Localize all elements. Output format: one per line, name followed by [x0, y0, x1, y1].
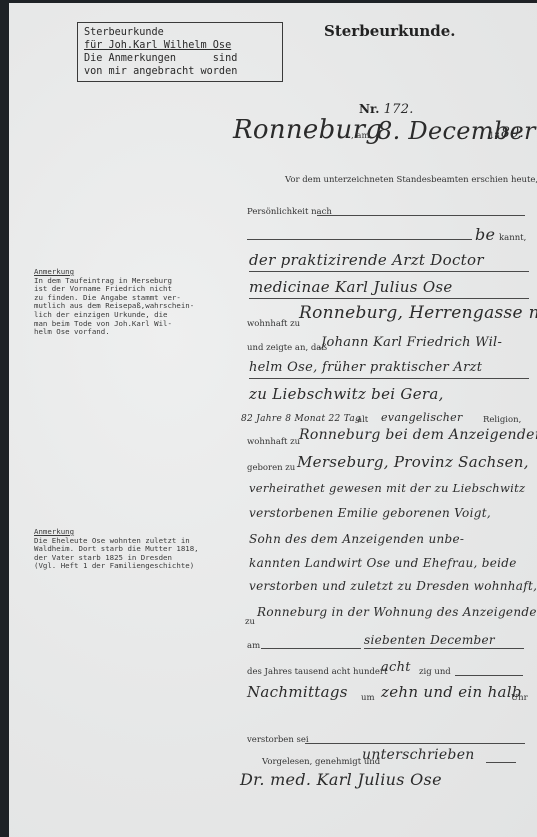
detail-line-5: verstorben und zuletzt zu Dresden wohnha… [249, 579, 537, 593]
detail-line-3: Sohn des dem Anzeigenden unbe- [249, 532, 464, 546]
wohnhaft-label: wohnhaft zu [247, 319, 300, 329]
detail-line-2: verstorbenen Emilie geborenen Voigt, [249, 506, 491, 520]
deceased-line-2: helm Ose, früher praktischer Arzt [249, 360, 482, 375]
rule [249, 271, 529, 272]
blank-line [261, 648, 361, 649]
detail-line-4: kannten Landwirt Ose und Ehefrau, beide [249, 556, 517, 570]
jahres-handwritten: acht [381, 660, 411, 675]
signature-informant: Dr. med. Karl Julius Ose [240, 770, 442, 789]
note-1-line: helm Ose vorfand. [34, 327, 110, 336]
religion-handwritten: evangelischer [381, 411, 463, 424]
death-place: Ronneburg in der Wohnung des Anzeigenden [257, 605, 537, 619]
year-prefix: 18 [489, 131, 500, 141]
informant-line-1: der praktizirende Arzt Doctor [249, 251, 484, 269]
stamp-line-2: für Joh.Karl Wilhelm Ose [84, 39, 277, 52]
deceased-line-3: zu Liebschwitz bei Gera, [249, 385, 444, 403]
blank-line [486, 762, 516, 763]
jahres-label: des Jahres tausend acht hundert [247, 667, 387, 677]
nr-label: Nr. [359, 102, 379, 116]
bekannt-handwritten: be [475, 225, 495, 244]
annotation-note-2: Anmerkung Die Eheleute Ose wohnten zulet… [34, 528, 199, 571]
zig-label: zig und [419, 667, 451, 677]
bekannt-label: kannt, [499, 233, 526, 243]
annotation-note-1: Anmerkung In dem Taufeintrag in Mersebur… [34, 268, 194, 337]
rule [249, 298, 529, 299]
wohnhaft2-label: wohnhaft zu [247, 437, 300, 447]
informant-line-2: medicinae Karl Julius Ose [249, 278, 453, 296]
blank-line [247, 239, 472, 240]
intro-text: Vor dem unterzeichneten Standesbeamten e… [285, 175, 537, 185]
geboren-label: geboren zu [247, 463, 295, 473]
religion-label: Religion, [483, 415, 521, 425]
document-page: Sterbeurkunde für Joh.Karl Wilhelm Ose D… [9, 3, 537, 837]
verstorben-label: verstorben sei [247, 735, 309, 745]
uhr-label: Uhr [511, 693, 528, 703]
year-suffix: 80. [501, 125, 524, 141]
stamp-line-3: Die Anmerkungen sind [84, 52, 277, 65]
note-2-line: (Vgl. Heft 1 der Familiengeschichte) [34, 561, 194, 570]
deceased-line-1: Johann Karl Friedrich Wil- [321, 335, 502, 350]
nr-value: 172. [384, 102, 414, 117]
stamp-line-4: von mir angebracht worden [84, 65, 277, 78]
am2-label: am [247, 641, 260, 651]
wohnhaft2-value: Ronneburg bei dem Anzeigenden, [299, 427, 537, 443]
um-label: um [361, 693, 375, 703]
am-label: , am [351, 131, 370, 141]
typed-stamp-box: Sterbeurkunde für Joh.Karl Wilhelm Ose D… [77, 22, 283, 82]
detail-line-1: verheirathet gewesen mit der zu Liebschw… [249, 481, 525, 495]
document-title: Sterbeurkunde. [324, 22, 456, 40]
rule [249, 378, 529, 379]
geboren-value: Merseburg, Provinz Sachsen, [297, 453, 529, 471]
rule [364, 648, 524, 649]
time-handwritten-2: zehn und ein halb [381, 683, 522, 701]
zu-label: zu [245, 617, 255, 627]
time-handwritten-1: Nachmittags [247, 683, 348, 701]
stamp-line-1: Sterbeurkunde [84, 26, 277, 39]
blank-line [317, 215, 525, 216]
blank-line [455, 675, 523, 676]
age-label: alt [357, 415, 368, 425]
wohnhaft-value: Ronneburg, Herrengasse no. 14, [299, 303, 537, 323]
blank-line [305, 743, 525, 744]
death-date: siebenten December [364, 633, 495, 647]
vorgelesen-handwritten: unterschrieben [362, 747, 475, 763]
age-handwritten: 82 Jahre 8 Monat 22 Tag [241, 414, 361, 424]
zeigte-label: und zeigte an, daß [247, 343, 327, 353]
